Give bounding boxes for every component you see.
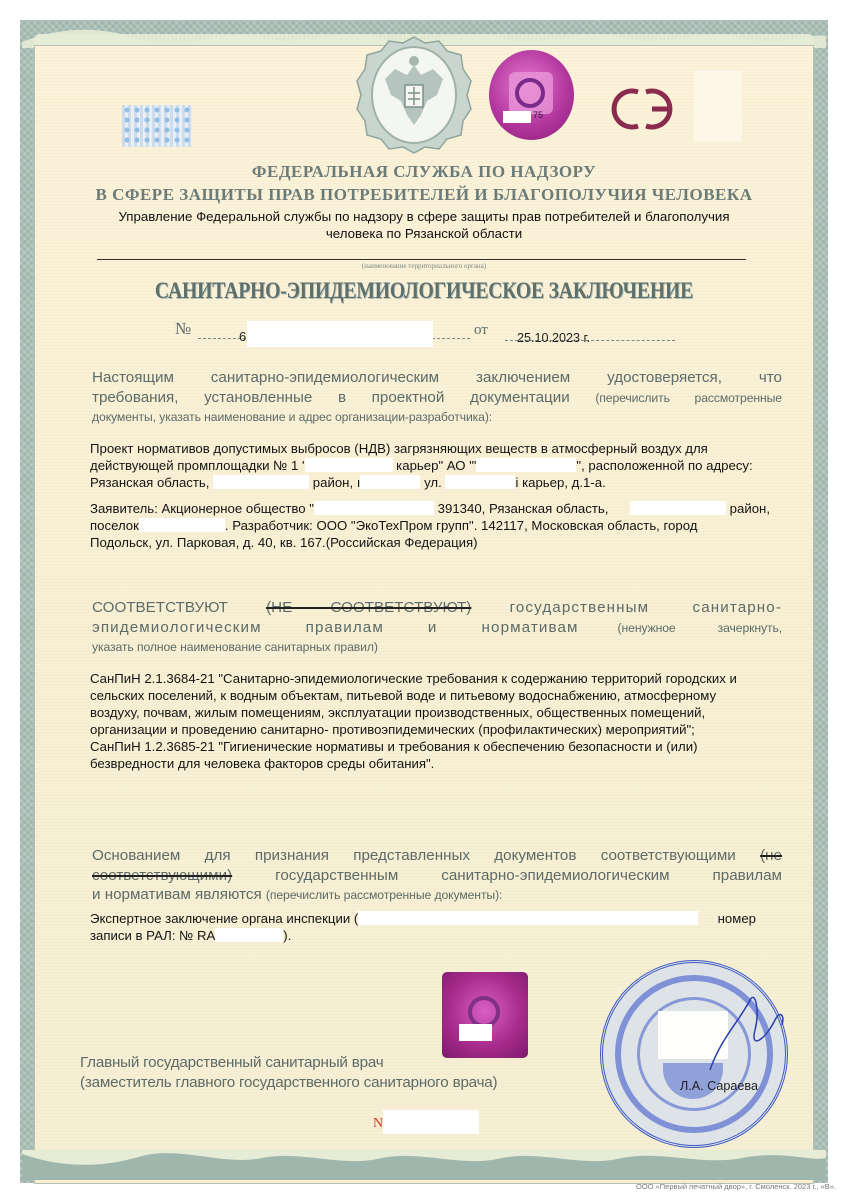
complies-label: СООТВЕТСТВУЮТ [92,599,228,616]
applicant-line1: Заявитель: Акционерное общество " 391340… [90,500,770,517]
requirements-hint-a: (перечислить рассмотренные [595,391,782,405]
territorial-body-line2: человека по Рязанской области [0,225,848,242]
basis-line1: Основанием для признания представленных … [92,846,782,866]
number-label: № [175,319,191,339]
redaction-box [383,1110,479,1134]
requirements-lead-line1: Настоящим санитарно-эпидемиологическим з… [92,368,782,388]
applicant-line2: поселок. Разработчик: ООО "ЭкоТехПром гр… [90,517,790,534]
basis-statement: Основанием для признания представленных … [92,846,782,906]
redaction-box [630,501,726,515]
redaction-box [247,321,433,347]
hologram-c-glyph-icon [515,78,545,108]
basis-line1-text: Основанием для признания представленных … [92,847,736,864]
signatory-position: Главный государственный санитарный врач … [80,1053,497,1093]
applicant-line1-part: район, [730,501,770,516]
redaction-box [445,475,515,489]
printer-imprint: ООО «Первый печатный двор», г. Смоленск.… [636,1182,836,1191]
project-line1: Проект нормативов допустимых выбросов (Н… [90,440,790,457]
redaction-box [213,475,309,489]
project-line2-part: ", расположенной по адресу: [576,458,752,473]
project-description: Проект нормативов допустимых выбросов (Н… [90,440,790,491]
requirements-hint-b: документы, указать наименование и адрес … [92,408,782,428]
rules-line4: организации и проведению санитарно- прот… [90,721,790,738]
basis-line2: соответствующими) государственным санита… [92,866,782,886]
redaction-box [215,928,283,942]
applicant-line2-part: поселок [90,518,139,533]
basis-doc-line2-part: записи в РАЛ: № RA [90,928,215,943]
blank-serial-number: N [373,1116,383,1132]
basis-line2-text: государственным санитарно-эпидемиологиче… [275,867,782,884]
rules-line5: СанПиН 1.2.3685-21 "Гигиенические нормат… [90,738,790,755]
redaction-box [360,475,420,489]
hologram-sticker-square [442,972,528,1058]
microprint-security-patch [122,105,192,147]
applicant-line1-part: 391340, Рязанская область, [438,501,609,516]
basis-line3-text: и нормативам являются [92,886,262,903]
basis-line3: и нормативам являются (перечислить рассм… [92,885,782,906]
document-title: САНИТАРНО-ЭПИДЕМИОЛОГИЧЕСКОЕ ЗАКЛЮЧЕНИЕ [59,278,788,304]
compliance-line2-text: эпидемиологическим правилам и нормативам [92,619,579,636]
blank-area [694,70,742,142]
redaction-box [314,501,434,515]
redaction-box [459,1024,492,1041]
redaction-box [476,458,576,472]
applicant-line3: Подольск, ул. Парковая, д. 40, кв. 167.(… [90,534,790,551]
applicant-description: Заявитель: Акционерное общество " 391340… [90,500,790,551]
basis-doc-line1-part: Экспертное заключение органа инспекции ( [90,911,358,926]
not-complies-struck: (НЕ СООТВЕТСТВУЮТ) [266,599,471,616]
project-line3-part: Рязанская область, [90,475,209,490]
requirements-lead-line2-text: требования, установленные в проектной до… [92,389,570,406]
project-line2-part: карьер" АО "' [396,458,476,473]
redaction-box [358,911,698,925]
requirements-lead: Настоящим санитарно-эпидемиологическим з… [92,368,782,428]
hologram-serial: 75 [533,110,543,120]
compliance-line1: СООТВЕТСТВУЮТ (НЕ СООТВЕТСТВУЮТ) государ… [92,598,782,618]
rules-line2: сельских поселений, к водным объектам, п… [90,687,790,704]
territorial-body-line1: Управление Федеральной службы по надзору… [0,208,848,225]
territorial-body-caption: (наименование территориального органа) [0,262,848,270]
handwritten-signature-icon [700,980,790,1080]
compliance-statement: СООТВЕТСТВУЮТ (НЕ СООТВЕТСТВУЮТ) государ… [92,598,782,658]
compliance-line2: эпидемиологическим правилам и нормативам… [92,618,782,639]
rules-line1: СанПиН 2.1.3684-21 "Санитарно-эпидемиоло… [90,670,790,687]
sanitary-rules-list: СанПиН 2.1.3684-21 "Санитарно-эпидемиоло… [90,670,790,772]
compliance-hint-a: (ненужное зачеркнуть, [618,621,782,635]
rospotrebnadzor-emblem-icon [355,35,473,155]
territorial-body-rule [97,259,746,260]
compliance-line1-rest: государственным санитарно- [510,599,782,616]
project-line3-part: i карьер, д.1-а. [515,475,605,490]
se-mark-logo-icon [608,84,678,134]
guilloche-wave-bottom [22,1150,826,1180]
basis-documents: Экспертное заключение органа инспекции (… [90,910,790,944]
project-line3-part: ул. [424,475,442,490]
rules-line6: безвредности для человека факторов среды… [90,755,790,772]
hologram-sticker-round: 75 [489,50,574,140]
basis-line1-struck: (не [760,847,782,864]
basis-hint: (перечислить рассмотренные документы): [266,888,502,902]
rules-line3: воздуху, почвам, жилым помещениям, экспл… [90,704,790,721]
applicant-line2-part: . Разработчик: ООО "ЭкоТехПром групп". 1… [225,518,698,533]
agency-name-line1: ФЕДЕРАЛЬНАЯ СЛУЖБА ПО НАДЗОРУ [0,162,848,182]
redaction-box [139,518,225,532]
basis-line2-struck: соответствующими) [92,867,232,884]
basis-doc-line2: записи в РАЛ: № RA). [90,927,790,944]
redaction-box [503,111,531,123]
basis-doc-line2-part: ). [283,928,291,943]
signatory-position-line1: Главный государственный санитарный врач [80,1053,497,1073]
signatory-position-line2: (заместитель главного государственного с… [80,1073,497,1093]
basis-doc-line1-part: номер [718,910,756,927]
applicant-line1-part: Заявитель: Акционерное общество " [90,501,314,516]
date-label: от [474,322,488,339]
project-line3: Рязанская область, район, ı ул. i карьер… [90,474,790,491]
basis-doc-line1: Экспертное заключение органа инспекции (… [90,910,756,927]
redaction-box [305,458,393,472]
requirements-lead-line2: требования, установленные в проектной до… [92,388,782,409]
compliance-hint-b: указать полное наименование санитарных п… [92,638,782,658]
signer-name: Л.А. Сараева [680,1079,758,1093]
project-line2: действующей промплощадки № 1 ' карьер" А… [90,457,790,474]
agency-name-line2: В СФЕРЕ ЗАЩИТЫ ПРАВ ПОТРЕБИТЕЛЕЙ И БЛАГО… [0,185,848,205]
project-line3-part: район, ı [313,475,361,490]
project-line2-part: действующей промплощадки № 1 ' [90,458,305,473]
date-value: 25.10.2023 г. [517,331,590,345]
